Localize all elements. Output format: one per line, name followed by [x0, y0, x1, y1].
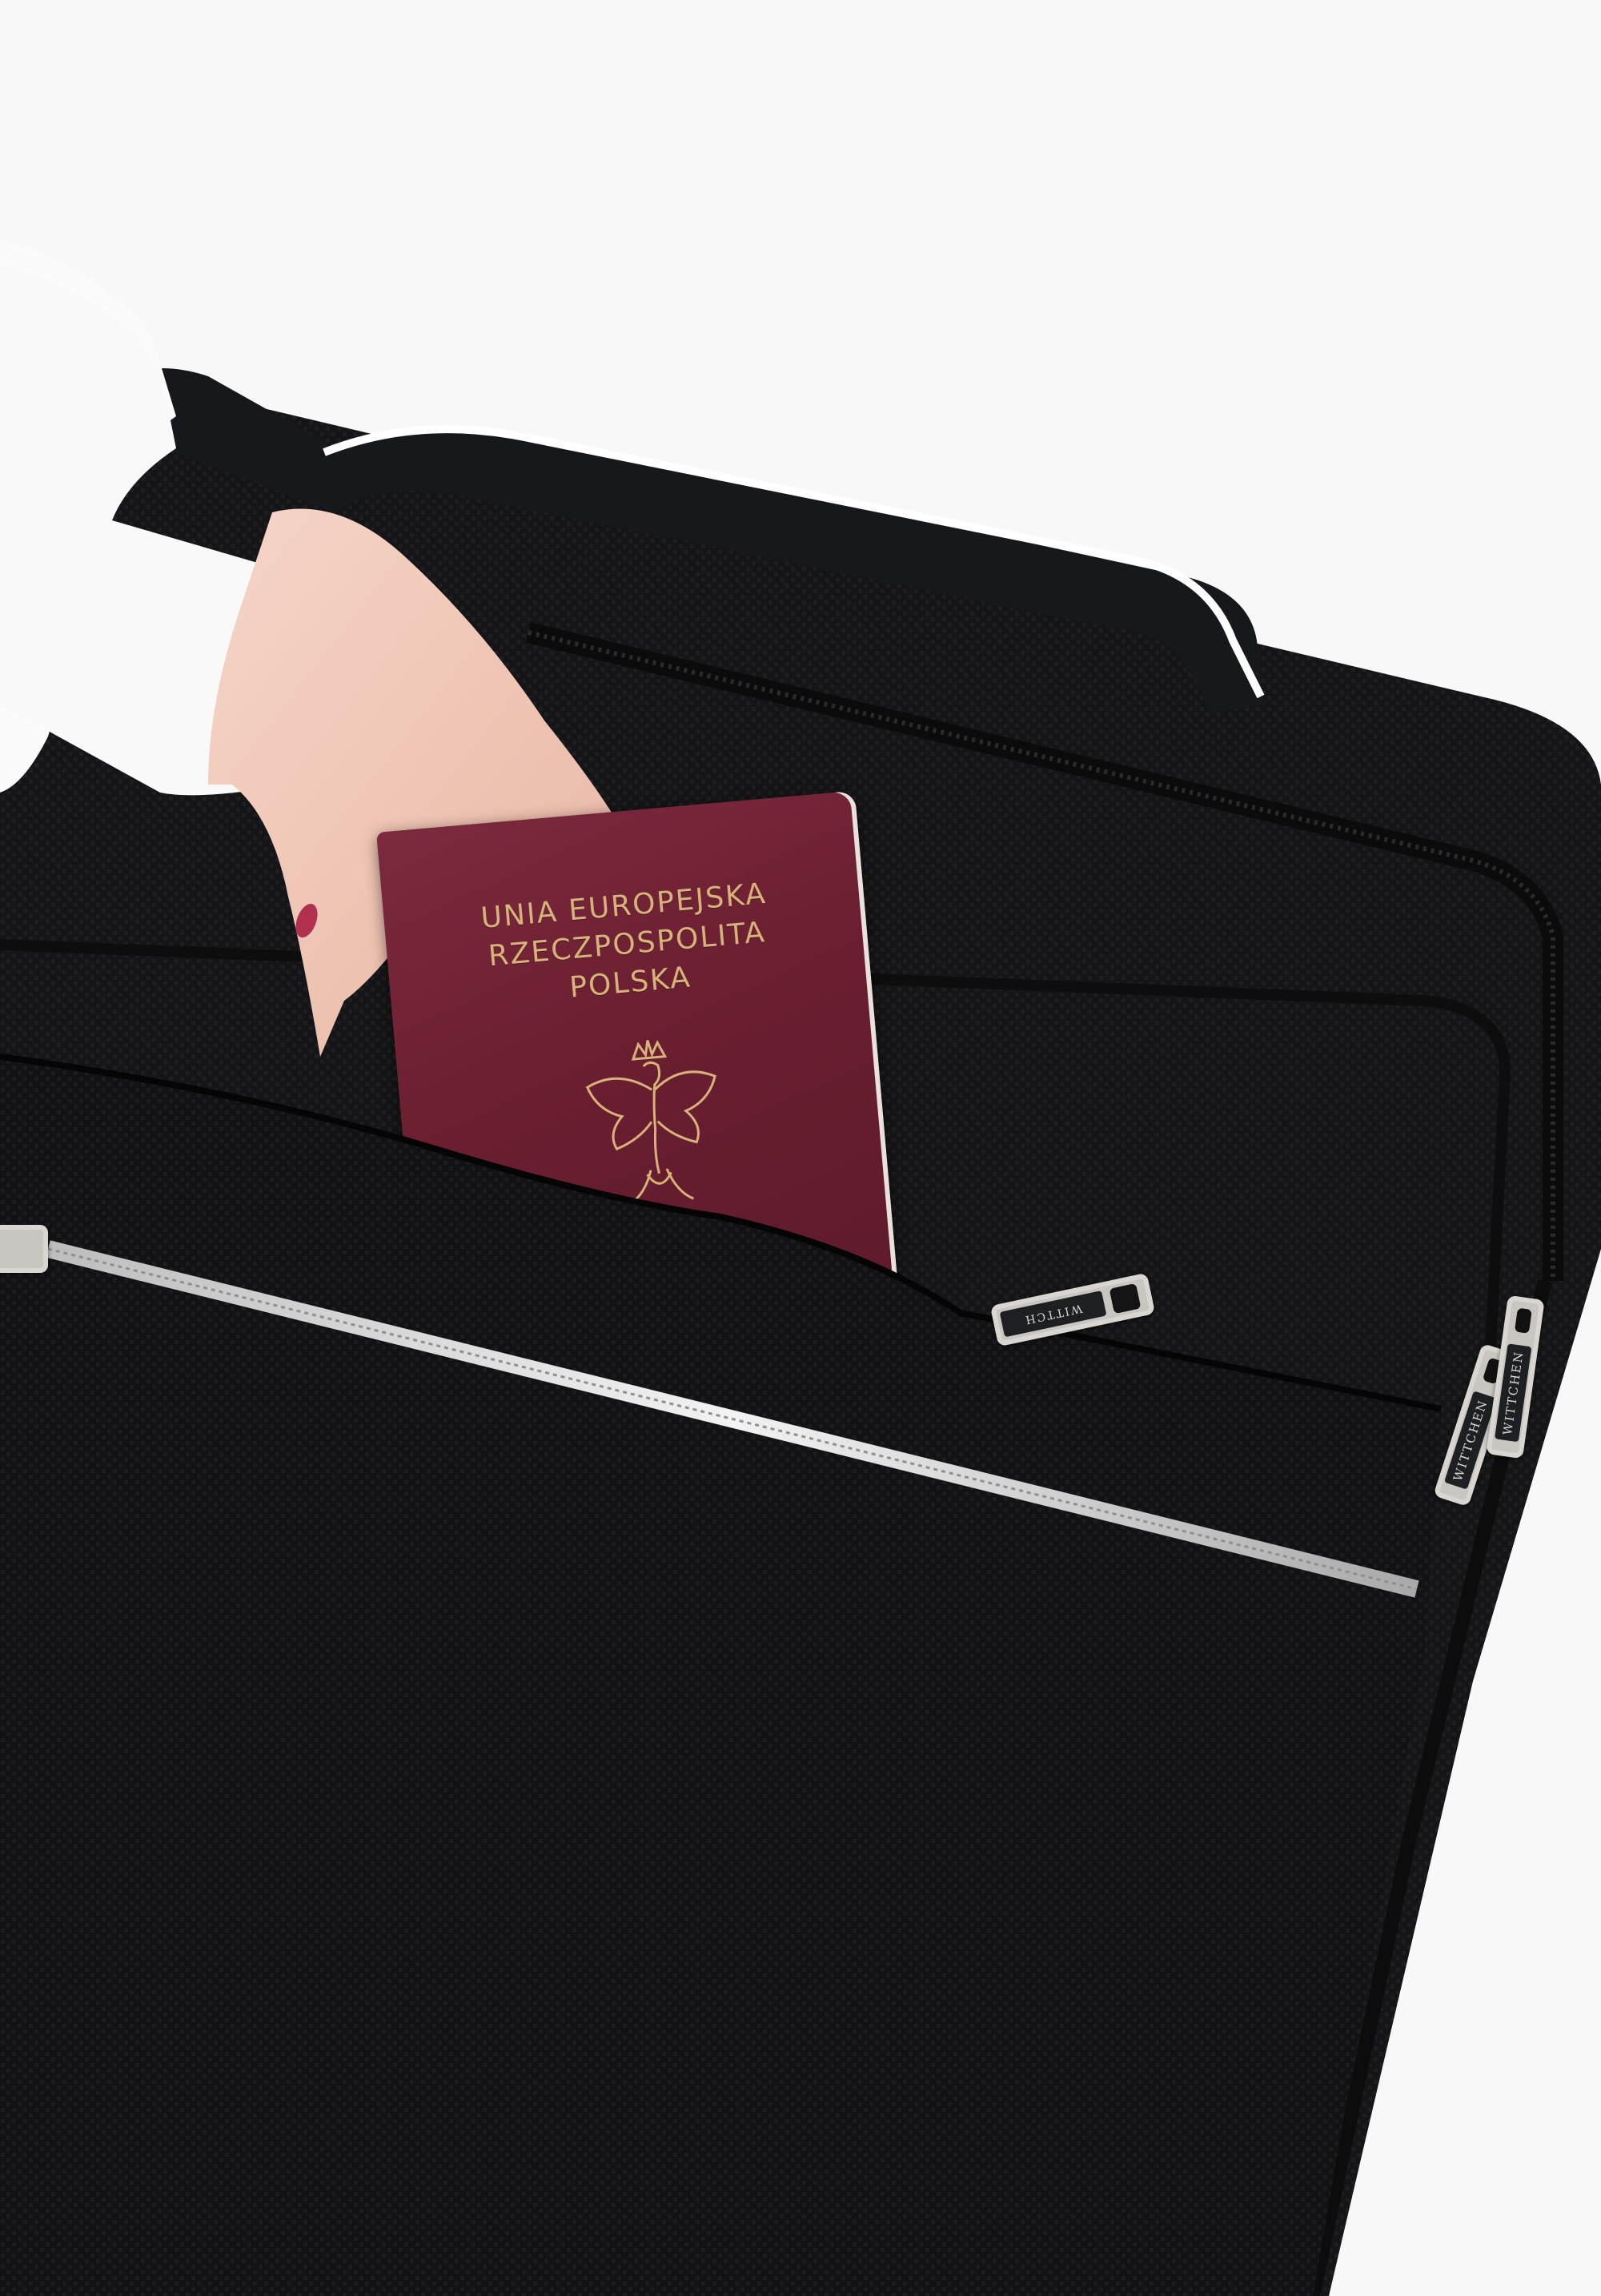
white-eagle-icon: [568, 1027, 743, 1225]
product-photo: UNIA EUROPEJSKA RZECZPOSPOLITA POLSKA: [0, 0, 1601, 2296]
zipper-pull-hole: [1515, 1308, 1532, 1334]
zipper-slider-left[interactable]: [0, 1225, 48, 1273]
zipper-pull-tag: WITTCHEN: [1495, 1343, 1531, 1442]
passport: UNIA EUROPEJSKA RZECZPOSPOLITA POLSKA: [376, 791, 899, 1343]
zipper-pull-hole: [1109, 1283, 1142, 1314]
brand-label: WITTCH: [1023, 1302, 1083, 1327]
brand-label: WITTCHEN: [1500, 1350, 1527, 1436]
passport-cover-text: UNIA EUROPEJSKA RZECZPOSPOLITA POLSKA: [383, 866, 871, 1023]
